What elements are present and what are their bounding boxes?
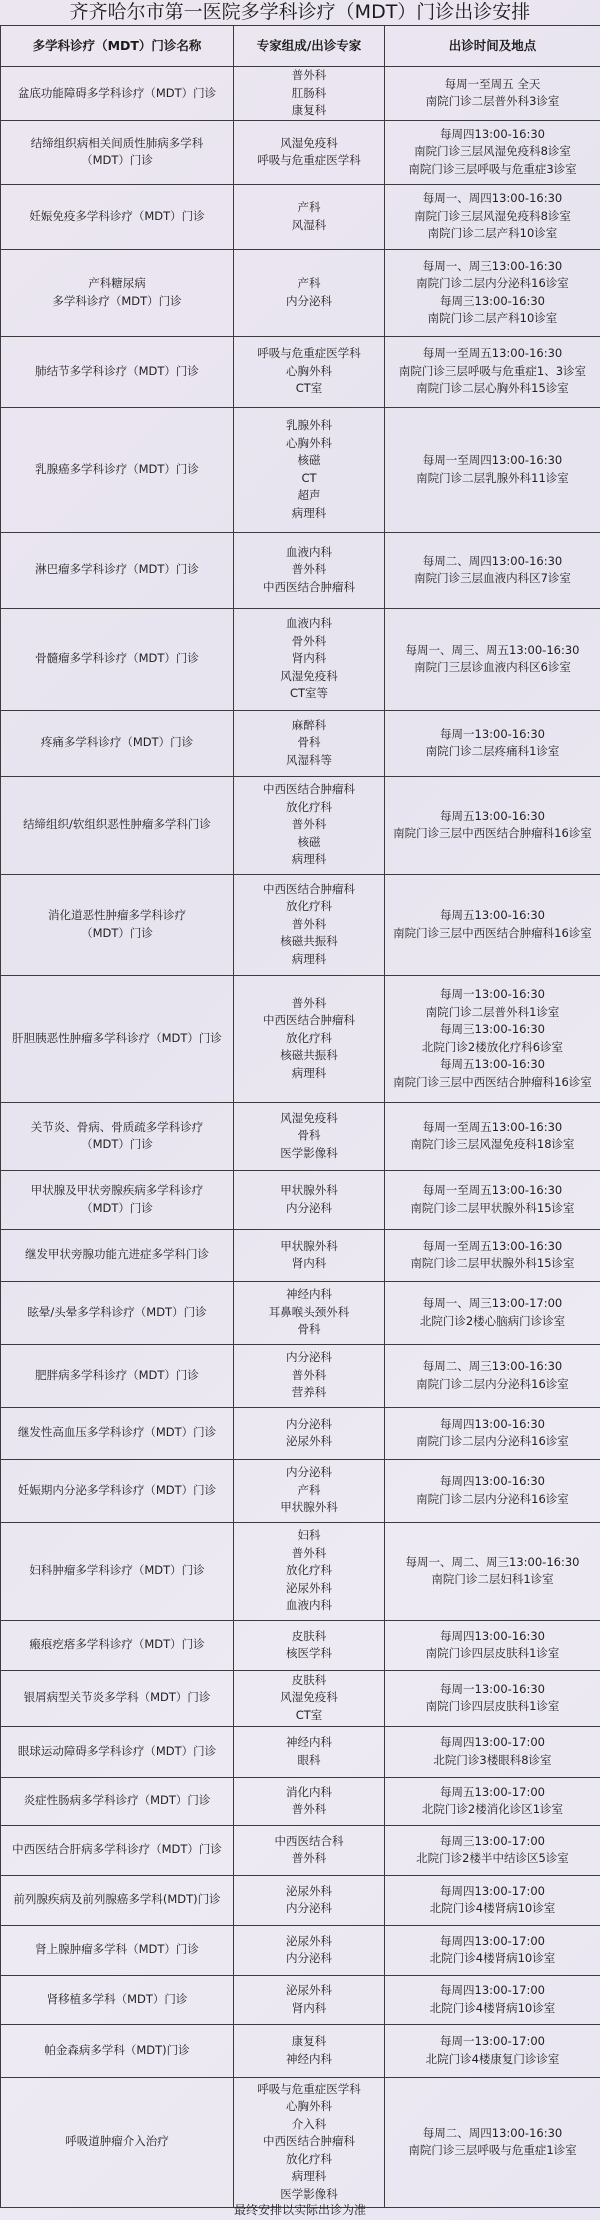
schedule-line: 南院门诊二层普外科3诊室 — [387, 93, 598, 111]
experts-line: 核磁 — [236, 834, 382, 852]
schedule-cell: 每周二、周三13:00-16:30南院门诊二层内分泌科16诊室 — [385, 1344, 600, 1407]
experts-cell: 康复科神经内科 — [234, 2024, 385, 2077]
clinic-name-line: 肺结节多学科诊疗（MDT）门诊 — [3, 363, 231, 381]
experts-line: 中西医结合肿瘤科 — [236, 781, 382, 799]
schedule-line: 每周四13:00-17:00 — [387, 1933, 598, 1951]
experts-cell: 血液内科骨外科肾内科风湿免疫科CT室等 — [234, 608, 385, 710]
experts-line: 核磁 — [236, 452, 382, 470]
schedule-cell: 每周一至周五13:00-16:30南院门诊二层甲状腺外科15诊室 — [385, 1229, 600, 1281]
table-row: 妊娠免疫多学科诊疗（MDT）门诊产科风湿科每周一、周四13:00-16:30南院… — [1, 184, 600, 249]
experts-line: 产科 — [236, 199, 382, 217]
schedule-cell: 每周一至周五 全天南院门诊二层普外科3诊室 — [385, 67, 600, 121]
schedule-line: 南院门诊四层皮肤科1诊室 — [387, 1698, 598, 1716]
table-row: 炎症性肠病多学科诊疗（MDT）门诊消化内科普外科每周五13:00-17:00北院… — [1, 1777, 600, 1825]
clinic-name-cell: 继发性高血压多学科诊疗（MDT）门诊 — [1, 1407, 234, 1459]
schedule-cell: 每周一13:00-16:30南院门诊二层疼痛科1诊室 — [385, 710, 600, 776]
schedule-line: 每周四13:00-17:00 — [387, 1734, 598, 1752]
clinic-name-line: 肝胆胰恶性肿瘤多学科诊疗（MDT）门诊 — [3, 1030, 231, 1048]
clinic-name-line: 盆底功能障碍多学科诊疗（MDT）门诊 — [3, 85, 231, 103]
clinic-name-line: 肾上腺肿瘤多学科（MDT）门诊 — [3, 1941, 231, 1959]
schedule-line: 每周二、周四13:00-16:30 — [387, 2125, 598, 2143]
table-row: 盆底功能障碍多学科诊疗（MDT）门诊普外科肛肠科康复科每周一至周五 全天南院门诊… — [1, 67, 600, 121]
clinic-name-cell: 银屑病型关节炎多学科（MDT）门诊 — [1, 1670, 234, 1726]
experts-cell: 泌尿外科内分泌科 — [234, 1925, 385, 1975]
table-row: 结缔组织/软组织恶性肿瘤多学科门诊中西医结合肿瘤科放化疗科普外科核磁病理科每周五… — [1, 776, 600, 874]
table-row: 瘢痕疙瘩多学科诊疗（MDT）门诊皮肤科核医学科每周四13:00-16:30南院门… — [1, 1620, 600, 1670]
schedule-line: 每周一13:00-17:00 — [387, 2033, 598, 2051]
experts-line: 核磁共振科 — [236, 933, 382, 951]
schedule-line: 每周一至周五13:00-16:30 — [387, 1182, 598, 1200]
table-row: 甲状腺及甲状旁腺疾病多学科诊疗（MDT）门诊甲状腺外科内分泌科每周一至周五13:… — [1, 1170, 600, 1229]
experts-line: 中西医结合肿瘤科 — [236, 1012, 382, 1030]
experts-line: 核磁共振科 — [236, 1047, 382, 1065]
clinic-name-line: 继发性高血压多学科诊疗（MDT）门诊 — [3, 1424, 231, 1442]
clinic-name-line: 结缔组织病相关间质性肺病多学科 — [3, 135, 231, 153]
experts-line: 甲状腺外科 — [236, 1499, 382, 1517]
experts-line: 肾内科 — [236, 650, 382, 668]
schedule-line: 南院门诊二层产科10诊室 — [387, 225, 598, 243]
schedule-line: 每周一13:00-16:30 — [387, 726, 598, 744]
schedule-cell: 每周一13:00-17:00北院门诊4楼康复门诊诊室 — [385, 2024, 600, 2077]
schedule-cell: 每周一至周五13:00-16:30南院门诊三层呼吸与危重症1、3诊室南院门诊二层… — [385, 336, 600, 407]
schedule-line: 每周四13:00-17:00 — [387, 1883, 598, 1901]
clinic-name-cell: 骨髓瘤多学科诊疗（MDT）门诊 — [1, 608, 234, 710]
experts-line: 放化疗科 — [236, 2151, 382, 2169]
schedule-line: 每周五13:00-16:30 — [387, 1056, 598, 1074]
table-row: 乳腺癌多学科诊疗（MDT）门诊乳腺外科心胸外科核磁CT超声病理科每周一至周四13… — [1, 407, 600, 532]
schedule-line: 南院门诊二层疼痛科1诊室 — [387, 743, 598, 761]
schedule-line: 南院门诊二层甲状腺外科15诊室 — [387, 1200, 598, 1218]
schedule-line: 南院门诊二层内分泌科16诊室 — [387, 1433, 598, 1451]
schedule-cell: 每周四13:00-16:30南院门诊三层风湿免疫科8诊室南院门诊三层呼吸与危重症… — [385, 120, 600, 184]
table-row: 肾上腺肿瘤多学科（MDT）门诊泌尿外科内分泌科每周四13:00-17:00北院门… — [1, 1925, 600, 1975]
schedule-line: 南院门三层诊血液内科区6诊室 — [387, 659, 598, 677]
experts-line: 血液内科 — [236, 544, 382, 562]
table-row: 消化道恶性肿瘤多学科诊疗（MDT）门诊中西医结合肿瘤科放化疗科普外科核磁共振科病… — [1, 874, 600, 975]
table-row: 呼吸道肿瘤介入治疗呼吸与危重症医学科心胸外科介入科中西医结合肿瘤科放化疗科病理科… — [1, 2077, 600, 2207]
schedule-line: 每周四13:00-16:30 — [387, 1416, 598, 1434]
experts-line: 风湿免疫科 — [236, 135, 382, 153]
schedule-line: 每周二、周三13:00-16:30 — [387, 1358, 598, 1376]
experts-line: 呼吸与危重症医学科 — [236, 2081, 382, 2099]
table-row: 肥胖病多学科诊疗（MDT）门诊内分泌科普外科营养科每周二、周三13:00-16:… — [1, 1344, 600, 1407]
experts-line: 肾内科 — [236, 2000, 382, 2018]
table-row: 肝胆胰恶性肿瘤多学科诊疗（MDT）门诊普外科中西医结合肿瘤科放化疗科核磁共振科病… — [1, 975, 600, 1102]
schedule-line: 每周一至周五 全天 — [387, 76, 598, 94]
schedule-cell: 每周一至周五13:00-16:30南院门诊三层风湿免疫科18诊室 — [385, 1102, 600, 1170]
schedule-line: 南院门诊二层普外科1诊室 — [387, 1004, 598, 1022]
experts-cell: 神经内科眼科 — [234, 1726, 385, 1777]
experts-line: 骨科 — [236, 1127, 382, 1145]
clinic-name-line: （MDT）门诊 — [3, 1200, 231, 1218]
clinic-name-line: 继发甲状旁腺功能亢进症多学科门诊 — [3, 1246, 231, 1264]
experts-line: CT — [236, 470, 382, 488]
schedule-line: 每周五13:00-16:30 — [387, 907, 598, 925]
schedule-line: 南院门诊三层中西医结合肿瘤科16诊室 — [387, 825, 598, 843]
table-row: 淋巴瘤多学科诊疗（MDT）门诊血液内科普外科中西医结合肿瘤科每周二、周四13:0… — [1, 532, 600, 608]
schedule-cell: 每周一13:00-16:30南院门诊四层皮肤科1诊室 — [385, 1670, 600, 1726]
experts-line: 心胸外科 — [236, 363, 382, 381]
experts-line: 产科 — [236, 1482, 382, 1500]
experts-cell: 乳腺外科心胸外科核磁CT超声病理科 — [234, 407, 385, 532]
experts-cell: 皮肤科风湿免疫科CT室 — [234, 1670, 385, 1726]
schedule-cell: 每周五13:00-16:30南院门诊三层中西医结合肿瘤科16诊室 — [385, 776, 600, 874]
experts-line: 康复科 — [236, 2033, 382, 2051]
experts-line: 放化疗科 — [236, 1030, 382, 1048]
experts-cell: 内分泌科泌尿外科 — [234, 1407, 385, 1459]
schedule-cell: 每周四13:00-16:30南院门诊四层皮肤科1诊室 — [385, 1620, 600, 1670]
clinic-name-cell: 结缔组织/软组织恶性肿瘤多学科门诊 — [1, 776, 234, 874]
experts-line: 妇科 — [236, 1527, 382, 1545]
table-row: 产科糖尿病多学科诊疗（MDT）门诊产科内分泌科每周一、周三13:00-16:30… — [1, 249, 600, 336]
clinic-name-line: （MDT）门诊 — [3, 152, 231, 170]
table-row: 前列腺疾病及前列腺癌多学科(MDT)门诊泌尿外科内分泌科每周四13:00-17:… — [1, 1875, 600, 1925]
experts-line: 内分泌科 — [236, 1200, 382, 1218]
clinic-name-line: 银屑病型关节炎多学科（MDT）门诊 — [3, 1689, 231, 1707]
experts-line: 呼吸与危重症医学科 — [236, 152, 382, 170]
clinic-name-cell: 疼痛多学科诊疗（MDT）门诊 — [1, 710, 234, 776]
clinic-name-line: 炎症性肠病多学科诊疗（MDT）门诊 — [3, 1792, 231, 1810]
schedule-line: 每周一、周二、周三13:00-16:30 — [387, 1554, 598, 1572]
experts-cell: 普外科肛肠科康复科 — [234, 67, 385, 121]
schedule-line: 南院门诊三层呼吸与危重症1诊室 — [387, 2142, 598, 2160]
table-row: 妇科肿瘤多学科诊疗（MDT）门诊妇科普外科放化疗科泌尿外科血液内科每周一、周二、… — [1, 1522, 600, 1620]
experts-line: 核医学科 — [236, 1645, 382, 1663]
clinic-name-cell: 淋巴瘤多学科诊疗（MDT）门诊 — [1, 532, 234, 608]
table-row: 眼球运动障碍多学科诊疗（MDT）门诊神经内科眼科每周四13:00-17:00北院… — [1, 1726, 600, 1777]
experts-line: 病理科 — [236, 1065, 382, 1083]
table-row: 妊娠期内分泌多学科诊疗（MDT）门诊内分泌科产科甲状腺外科每周四13:00-16… — [1, 1459, 600, 1522]
experts-line: 风湿免疫科 — [236, 1689, 382, 1707]
table-header-row: 多学科诊疗（MDT）门诊名称 专家组成/出诊专家 出诊时间及地点 — [1, 26, 600, 67]
table-row: 结缔组织病相关间质性肺病多学科（MDT）门诊风湿免疫科呼吸与危重症医学科每周四1… — [1, 120, 600, 184]
schedule-line: 北院门诊3楼眼科8诊室 — [387, 1752, 598, 1770]
schedule-cell: 每周四13:00-17:00北院门诊4楼肾病10诊室 — [385, 1925, 600, 1975]
experts-line: 放化疗科 — [236, 1562, 382, 1580]
experts-cell: 泌尿外科肾内科 — [234, 1975, 385, 2024]
header-time-location: 出诊时间及地点 — [385, 26, 600, 67]
schedule-line: 每周一至周五13:00-16:30 — [387, 1119, 598, 1137]
schedule-line: 北院门诊4楼肾病10诊室 — [387, 2000, 598, 2018]
schedule-cell: 每周一13:00-16:30南院门诊二层普外科1诊室每周三13:00-16:30… — [385, 975, 600, 1102]
schedule-line: 每周四13:00-16:30 — [387, 126, 598, 144]
experts-cell: 呼吸与危重症医学科心胸外科介入科中西医结合肿瘤科放化疗科病理科医学影像科 — [234, 2077, 385, 2207]
schedule-line: 每周五13:00-17:00 — [387, 1784, 598, 1802]
experts-line: 介入科 — [236, 2116, 382, 2134]
schedule-line: 南院门诊三层呼吸与危重症1、3诊室 — [387, 363, 598, 381]
experts-line: 乳腺外科 — [236, 417, 382, 435]
schedule-line: 每周一13:00-16:30 — [387, 986, 598, 1004]
experts-line: 内分泌科 — [236, 1950, 382, 1968]
table-row: 肾移植多学科（MDT）门诊泌尿外科肾内科每周四13:00-17:00北院门诊4楼… — [1, 1975, 600, 2024]
schedule-line: 每周三13:00-16:30 — [387, 293, 598, 311]
clinic-name-line: 妇科肿瘤多学科诊疗（MDT）门诊 — [3, 1562, 231, 1580]
clinic-name-cell: 前列腺疾病及前列腺癌多学科(MDT)门诊 — [1, 1875, 234, 1925]
experts-line: 内分泌科 — [236, 1416, 382, 1434]
clinic-name-line: 前列腺疾病及前列腺癌多学科(MDT)门诊 — [3, 1891, 231, 1909]
schedule-cell: 每周四13:00-16:30南院门诊二层内分泌科16诊室 — [385, 1459, 600, 1522]
experts-line: 皮肤科 — [236, 1628, 382, 1646]
experts-line: 泌尿外科 — [236, 1580, 382, 1598]
experts-cell: 中西医结合肿瘤科放化疗科普外科核磁病理科 — [234, 776, 385, 874]
experts-line: 肾内科 — [236, 1255, 382, 1273]
clinic-name-line: 疼痛多学科诊疗（MDT）门诊 — [3, 734, 231, 752]
experts-line: 中西医结合科 — [236, 1833, 382, 1851]
clinic-name-cell: 妇科肿瘤多学科诊疗（MDT）门诊 — [1, 1522, 234, 1620]
clinic-name-line: 消化道恶性肿瘤多学科诊疗 — [3, 907, 231, 925]
experts-line: 普外科 — [236, 1545, 382, 1563]
clinic-name-line: 结缔组织/软组织恶性肿瘤多学科门诊 — [3, 816, 231, 834]
schedule-line: 每周五13:00-16:30 — [387, 808, 598, 826]
experts-line: 康复科 — [236, 102, 382, 120]
experts-line: 内分泌科 — [236, 1349, 382, 1367]
clinic-name-line: 乳腺癌多学科诊疗（MDT）门诊 — [3, 461, 231, 479]
clinic-name-line: 产科糖尿病 — [3, 275, 231, 293]
clinic-name-cell: 乳腺癌多学科诊疗（MDT）门诊 — [1, 407, 234, 532]
experts-line: 放化疗科 — [236, 898, 382, 916]
experts-line: 中西医结合肿瘤科 — [236, 2133, 382, 2151]
schedule-cell: 每周一、周二、周三13:00-16:30南院门诊二层妇科1诊室 — [385, 1522, 600, 1620]
schedule-cell: 每周四13:00-17:00北院门诊3楼眼科8诊室 — [385, 1726, 600, 1777]
experts-line: 中西医结合肿瘤科 — [236, 579, 382, 597]
schedule-line: 每周一至周四13:00-16:30 — [387, 452, 598, 470]
experts-line: 泌尿外科 — [236, 1883, 382, 1901]
experts-line: 呼吸与危重症医学科 — [236, 345, 382, 363]
schedule-line: 每周一至周五13:00-16:30 — [387, 1238, 598, 1256]
schedule-line: 每周三13:00-17:00 — [387, 1833, 598, 1851]
experts-line: 风湿免疫科 — [236, 1110, 382, 1128]
schedule-line: 每周一至周五13:00-16:30 — [387, 345, 598, 363]
clinic-name-line: 眼球运动障碍多学科诊疗（MDT）门诊 — [3, 1743, 231, 1761]
experts-line: 普外科 — [236, 1367, 382, 1385]
experts-cell: 中西医结合科普外科 — [234, 1825, 385, 1875]
clinic-name-line: 中西医结合肝病多学科诊疗（MDT）门诊 — [3, 1841, 231, 1859]
clinic-name-cell: 关节炎、骨病、骨质疏多学科诊疗（MDT）门诊 — [1, 1102, 234, 1170]
schedule-line: 北院门诊2楼消化诊区1诊室 — [387, 1801, 598, 1819]
experts-cell: 中西医结合肿瘤科放化疗科普外科核磁共振科病理科 — [234, 874, 385, 975]
schedule-line: 南院门诊二层内分泌科16诊室 — [387, 1376, 598, 1394]
table-body: 盆底功能障碍多学科诊疗（MDT）门诊普外科肛肠科康复科每周一至周五 全天南院门诊… — [1, 67, 600, 2208]
schedule-line: 南院门诊二层乳腺外科11诊室 — [387, 470, 598, 488]
experts-line: 产科 — [236, 275, 382, 293]
experts-line: 泌尿外科 — [236, 1933, 382, 1951]
schedule-line: 南院门诊三层血液内科区7诊室 — [387, 570, 598, 588]
clinic-name-cell: 消化道恶性肿瘤多学科诊疗（MDT）门诊 — [1, 874, 234, 975]
experts-cell: 泌尿外科内分泌科 — [234, 1875, 385, 1925]
experts-cell: 产科风湿科 — [234, 184, 385, 249]
schedule-line: 南院门诊二层妇科1诊室 — [387, 1571, 598, 1589]
experts-line: 内分泌科 — [236, 1464, 382, 1482]
schedule-line: 北院门诊2楼心脑病门诊诊室 — [387, 1313, 598, 1331]
clinic-name-cell: 肾上腺肿瘤多学科（MDT）门诊 — [1, 1925, 234, 1975]
header-clinic-name: 多学科诊疗（MDT）门诊名称 — [1, 26, 234, 67]
table-row: 肺结节多学科诊疗（MDT）门诊呼吸与危重症医学科心胸外科CT室每周一至周五13:… — [1, 336, 600, 407]
experts-cell: 消化内科普外科 — [234, 1777, 385, 1825]
schedule-line: 每周一、周三、周五13:00-16:30 — [387, 642, 598, 660]
clinic-name-line: （MDT）门诊 — [3, 1136, 231, 1154]
schedule-line: 北院门诊4楼肾病10诊室 — [387, 1900, 598, 1918]
schedule-cell: 每周一、周三13:00-17:00北院门诊2楼心脑病门诊诊室 — [385, 1281, 600, 1344]
experts-line: 皮肤科 — [236, 1672, 382, 1690]
experts-cell: 普外科中西医结合肿瘤科放化疗科核磁共振科病理科 — [234, 975, 385, 1102]
experts-line: CT室等 — [236, 685, 382, 703]
schedule-line: 南院门诊三层中西医结合肿瘤科16诊室 — [387, 1074, 598, 1092]
experts-cell: 内分泌科产科甲状腺外科 — [234, 1459, 385, 1522]
experts-line: 医学影像科 — [236, 1145, 382, 1163]
clinic-name-line: 妊娠期内分泌多学科诊疗（MDT）门诊 — [3, 1482, 231, 1500]
schedule-line: 北院门诊4楼肾病10诊室 — [387, 1950, 598, 1968]
schedule-line: 南院门诊二层内分泌科16诊室 — [387, 275, 598, 293]
experts-line: 中西医结合肿瘤科 — [236, 881, 382, 899]
schedule-cell: 每周二、周四13:00-16:30南院门诊三层血液内科区7诊室 — [385, 532, 600, 608]
mdt-schedule-table: 多学科诊疗（MDT）门诊名称 专家组成/出诊专家 出诊时间及地点 盆底功能障碍多… — [0, 25, 600, 2208]
schedule-line: 南院门诊四层皮肤科1诊室 — [387, 1645, 598, 1663]
schedule-line: 南院门诊三层风湿免疫科18诊室 — [387, 1136, 598, 1154]
clinic-name-cell: 盆底功能障碍多学科诊疗（MDT）门诊 — [1, 67, 234, 121]
clinic-name-cell: 中西医结合肝病多学科诊疗（MDT）门诊 — [1, 1825, 234, 1875]
clinic-name-line: 多学科诊疗（MDT）门诊 — [3, 293, 231, 311]
experts-line: 眼科 — [236, 1752, 382, 1770]
clinic-name-line: 肾移植多学科（MDT）门诊 — [3, 1991, 231, 2009]
experts-line: 内分泌科 — [236, 293, 382, 311]
schedule-cell: 每周一、周三、周五13:00-16:30南院门三层诊血液内科区6诊室 — [385, 608, 600, 710]
table-row: 疼痛多学科诊疗（MDT）门诊麻醉科骨科风湿科等每周一13:00-16:30南院门… — [1, 710, 600, 776]
clinic-name-cell: 结缔组织病相关间质性肺病多学科（MDT）门诊 — [1, 120, 234, 184]
schedule-cell: 每周三13:00-17:00北院门诊2楼半中结诊区5诊室 — [385, 1825, 600, 1875]
experts-line: 普外科 — [236, 995, 382, 1013]
experts-line: 肛肠科 — [236, 85, 382, 103]
experts-cell: 呼吸与危重症医学科心胸外科CT室 — [234, 336, 385, 407]
schedule-cell: 每周二、周四13:00-16:30南院门诊三层呼吸与危重症1诊室 — [385, 2077, 600, 2207]
schedule-line: 南院门诊三层风湿免疫科8诊室 — [387, 143, 598, 161]
clinic-name-line: 甲状腺及甲状旁腺疾病多学科诊疗 — [3, 1182, 231, 1200]
experts-cell: 甲状腺外科肾内科 — [234, 1229, 385, 1281]
clinic-name-line: 瘢痕疙瘩多学科诊疗（MDT）门诊 — [3, 1636, 231, 1654]
experts-cell: 风湿免疫科骨科医学影像科 — [234, 1102, 385, 1170]
clinic-name-line: （MDT）门诊 — [3, 925, 231, 943]
clinic-name-cell: 瘢痕疙瘩多学科诊疗（MDT）门诊 — [1, 1620, 234, 1670]
experts-line: 甲状腺外科 — [236, 1238, 382, 1256]
schedule-cell: 每周一至周四13:00-16:30南院门诊二层乳腺外科11诊室 — [385, 407, 600, 532]
schedule-line: 南院门诊二层甲状腺外科15诊室 — [387, 1255, 598, 1273]
schedule-line: 每周四13:00-16:30 — [387, 1628, 598, 1646]
clinic-name-line: 关节炎、骨病、骨质疏多学科诊疗 — [3, 1119, 231, 1137]
experts-line: 内分泌科 — [236, 1900, 382, 1918]
clinic-name-cell: 肾移植多学科（MDT）门诊 — [1, 1975, 234, 2024]
schedule-line: 每周一、周三13:00-16:30 — [387, 258, 598, 276]
schedule-line: 北院门诊2楼放化疗科6诊室 — [387, 1039, 598, 1057]
schedule-line: 南院门诊三层中西医结合肿瘤科16诊室 — [387, 925, 598, 943]
experts-line: CT室 — [236, 1707, 382, 1725]
schedule-line: 南院门诊三层风湿免疫科8诊室 — [387, 208, 598, 226]
clinic-name-cell: 继发甲状旁腺功能亢进症多学科门诊 — [1, 1229, 234, 1281]
table-row: 银屑病型关节炎多学科（MDT）门诊皮肤科风湿免疫科CT室每周一13:00-16:… — [1, 1670, 600, 1726]
schedule-line: 每周三13:00-16:30 — [387, 1021, 598, 1039]
schedule-line: 南院门诊二层内分泌科16诊室 — [387, 1491, 598, 1509]
experts-line: 心胸外科 — [236, 2098, 382, 2116]
schedule-line: 南院门诊二层产科10诊室 — [387, 310, 598, 328]
experts-cell: 内分泌科普外科营养科 — [234, 1344, 385, 1407]
experts-cell: 皮肤科核医学科 — [234, 1620, 385, 1670]
experts-line: 骨外科 — [236, 633, 382, 651]
experts-cell: 产科内分泌科 — [234, 249, 385, 336]
schedule-cell: 每周一、周四13:00-16:30南院门诊三层风湿免疫科8诊室南院门诊二层产科1… — [385, 184, 600, 249]
clinic-name-line: 骨髓瘤多学科诊疗（MDT）门诊 — [3, 650, 231, 668]
table-row: 中西医结合肝病多学科诊疗（MDT）门诊中西医结合科普外科每周三13:00-17:… — [1, 1825, 600, 1875]
experts-line: 血液内科 — [236, 615, 382, 633]
experts-line: 泌尿外科 — [236, 1982, 382, 2000]
clinic-name-cell: 眼球运动障碍多学科诊疗（MDT）门诊 — [1, 1726, 234, 1777]
experts-line: 耳鼻喉头颈外科 — [236, 1304, 382, 1322]
schedule-line: 每周一、周三13:00-17:00 — [387, 1295, 598, 1313]
schedule-line: 每周一13:00-16:30 — [387, 1681, 598, 1699]
experts-line: 心胸外科 — [236, 435, 382, 453]
clinic-name-line: 帕金森病多学科（MDT)门诊 — [3, 2042, 231, 2060]
clinic-name-cell: 炎症性肠病多学科诊疗（MDT）门诊 — [1, 1777, 234, 1825]
clinic-name-cell: 妊娠期内分泌多学科诊疗（MDT）门诊 — [1, 1459, 234, 1522]
clinic-name-cell: 帕金森病多学科（MDT)门诊 — [1, 2024, 234, 2077]
experts-line: 普外科 — [236, 1850, 382, 1868]
schedule-line: 南院门诊三层呼吸与危重症3诊室 — [387, 161, 598, 179]
experts-line: 普外科 — [236, 916, 382, 934]
experts-line: 普外科 — [236, 816, 382, 834]
experts-cell: 血液内科普外科中西医结合肿瘤科 — [234, 532, 385, 608]
clinic-name-cell: 甲状腺及甲状旁腺疾病多学科诊疗（MDT）门诊 — [1, 1170, 234, 1229]
schedule-cell: 每周一至周五13:00-16:30南院门诊二层甲状腺外科15诊室 — [385, 1170, 600, 1229]
experts-line: 神经内科 — [236, 1734, 382, 1752]
experts-line: 超声 — [236, 487, 382, 505]
schedule-cell: 每周四13:00-16:30南院门诊二层内分泌科16诊室 — [385, 1407, 600, 1459]
table-row: 继发甲状旁腺功能亢进症多学科门诊甲状腺外科肾内科每周一至周五13:00-16:3… — [1, 1229, 600, 1281]
clinic-name-cell: 肥胖病多学科诊疗（MDT）门诊 — [1, 1344, 234, 1407]
schedule-cell: 每周五13:00-16:30南院门诊三层中西医结合肿瘤科16诊室 — [385, 874, 600, 975]
schedule-cell: 每周四13:00-17:00北院门诊4楼肾病10诊室 — [385, 1875, 600, 1925]
table-row: 骨髓瘤多学科诊疗（MDT）门诊血液内科骨外科肾内科风湿免疫科CT室等每周一、周三… — [1, 608, 600, 710]
schedule-line: 北院门诊4楼康复门诊诊室 — [387, 2051, 598, 2069]
experts-line: 甲状腺外科 — [236, 1182, 382, 1200]
experts-line: 骨科 — [236, 1321, 382, 1339]
experts-line: CT室 — [236, 380, 382, 398]
experts-line: 消化内科 — [236, 1784, 382, 1802]
experts-line: 普外科 — [236, 67, 382, 85]
experts-line: 风湿科 — [236, 217, 382, 235]
experts-cell: 神经内科耳鼻喉头颈外科骨科 — [234, 1281, 385, 1344]
clinic-name-cell: 肝胆胰恶性肿瘤多学科诊疗（MDT）门诊 — [1, 975, 234, 1102]
schedule-cell: 每周一、周三13:00-16:30南院门诊二层内分泌科16诊室每周三13:00-… — [385, 249, 600, 336]
clinic-name-cell: 眩晕/头晕多学科诊疗（MDT）门诊 — [1, 1281, 234, 1344]
clinic-name-cell: 妊娠免疫多学科诊疗（MDT）门诊 — [1, 184, 234, 249]
schedule-cell: 每周四13:00-17:00北院门诊4楼肾病10诊室 — [385, 1975, 600, 2024]
footer-note: 最终安排以实际出诊为准 — [0, 2200, 600, 2220]
clinic-name-line: 肥胖病多学科诊疗（MDT）门诊 — [3, 1367, 231, 1385]
experts-cell: 甲状腺外科内分泌科 — [234, 1170, 385, 1229]
table-row: 关节炎、骨病、骨质疏多学科诊疗（MDT）门诊风湿免疫科骨科医学影像科每周一至周五… — [1, 1102, 600, 1170]
header-experts: 专家组成/出诊专家 — [234, 26, 385, 67]
experts-cell: 风湿免疫科呼吸与危重症医学科 — [234, 120, 385, 184]
clinic-name-cell: 呼吸道肿瘤介入治疗 — [1, 2077, 234, 2207]
experts-line: 营养科 — [236, 1384, 382, 1402]
schedule-line: 每周四13:00-16:30 — [387, 1473, 598, 1491]
clinic-name-cell: 产科糖尿病多学科诊疗（MDT）门诊 — [1, 249, 234, 336]
experts-line: 病理科 — [236, 2168, 382, 2186]
experts-line: 风湿免疫科 — [236, 668, 382, 686]
table-row: 帕金森病多学科（MDT)门诊康复科神经内科每周一13:00-17:00北院门诊4… — [1, 2024, 600, 2077]
experts-line: 泌尿外科 — [236, 1433, 382, 1451]
experts-line: 病理科 — [236, 851, 382, 869]
experts-line: 麻醉科 — [236, 717, 382, 735]
table-row: 继发性高血压多学科诊疗（MDT）门诊内分泌科泌尿外科每周四13:00-16:30… — [1, 1407, 600, 1459]
clinic-name-line: 呼吸道肿瘤介入治疗 — [3, 2133, 231, 2151]
